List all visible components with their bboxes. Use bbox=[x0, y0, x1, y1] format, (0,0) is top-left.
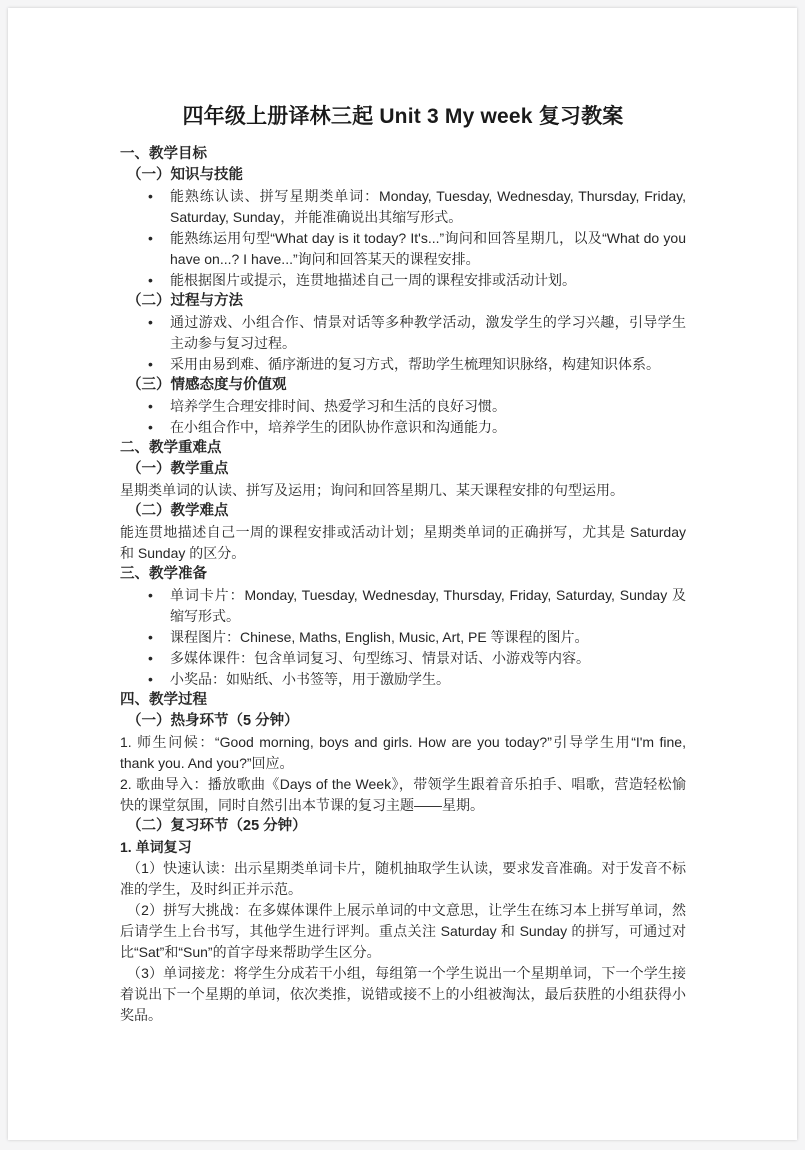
document-title: 四年级上册译林三起 Unit 3 My week 复习教案 bbox=[120, 102, 686, 132]
bullet-text: 能根据图片或提示，连贯地描述自己一周的课程安排或活动计划。 bbox=[170, 270, 686, 291]
bullet-item: •在小组合作中，培养学生的团队协作意识和沟通能力。 bbox=[120, 417, 686, 438]
document-blocks: 一、教学目标（一）知识与技能•能熟练认读、拼写星期类单词：Monday, Tue… bbox=[120, 144, 686, 1026]
bullet-item: •采用由易到难、循序渐进的复习方式，帮助学生梳理知识脉络，构建知识体系。 bbox=[120, 354, 686, 375]
bullet-icon: • bbox=[148, 354, 170, 375]
indented-paragraph: （2）拼写大挑战：在多媒体课件上展示单词的中文意思，让学生在练习本上拼写单词，然… bbox=[120, 900, 686, 963]
paragraph: 1. 师生问候：“Good morning, boys and girls. H… bbox=[120, 732, 686, 774]
bullet-item: •能根据图片或提示，连贯地描述自己一周的课程安排或活动计划。 bbox=[120, 270, 686, 291]
bold-paragraph: 1. 单词复习 bbox=[120, 837, 686, 858]
bullet-text: 在小组合作中，培养学生的团队协作意识和沟通能力。 bbox=[170, 417, 686, 438]
bullet-text: 小奖品：如贴纸、小书签等，用于激励学生。 bbox=[170, 669, 686, 690]
bullet-icon: • bbox=[148, 228, 170, 270]
bullet-icon: • bbox=[148, 669, 170, 690]
bullet-icon: • bbox=[148, 417, 170, 438]
bullet-item: •单词卡片：Monday, Tuesday, Wednesday, Thursd… bbox=[120, 585, 686, 627]
bullet-item: •多媒体课件：包含单词复习、句型练习、情景对话、小游戏等内容。 bbox=[120, 648, 686, 669]
bullet-icon: • bbox=[148, 627, 170, 648]
sub-heading: （一）知识与技能 bbox=[120, 165, 686, 186]
bullet-icon: • bbox=[148, 270, 170, 291]
bullet-text: 能熟练运用句型“What day is it today? It's...”询问… bbox=[170, 228, 686, 270]
bullet-item: •小奖品：如贴纸、小书签等，用于激励学生。 bbox=[120, 669, 686, 690]
bullet-item: •课程图片：Chinese, Maths, English, Music, Ar… bbox=[120, 627, 686, 648]
bullet-item: •通过游戏、小组合作、情景对话等多种教学活动，激发学生的学习兴趣，引导学生主动参… bbox=[120, 312, 686, 354]
document-page: 四年级上册译林三起 Unit 3 My week 复习教案 一、教学目标（一）知… bbox=[8, 8, 797, 1140]
section-heading: 一、教学目标 bbox=[120, 144, 686, 165]
bullet-text: 能熟练认读、拼写星期类单词：Monday, Tuesday, Wednesday… bbox=[170, 186, 686, 228]
bullet-item: •能熟练运用句型“What day is it today? It's...”询… bbox=[120, 228, 686, 270]
paragraph: 星期类单词的认读、拼写及运用；询问和回答星期几、某天课程安排的句型运用。 bbox=[120, 480, 686, 501]
bullet-icon: • bbox=[148, 648, 170, 669]
paragraph: 2. 歌曲导入：播放歌曲《Days of the Week》，带领学生跟着音乐拍… bbox=[120, 774, 686, 816]
section-heading: 四、教学过程 bbox=[120, 690, 686, 711]
bullet-icon: • bbox=[148, 396, 170, 417]
document-content: 四年级上册译林三起 Unit 3 My week 复习教案 一、教学目标（一）知… bbox=[120, 8, 686, 1026]
bullet-item: •能熟练认读、拼写星期类单词：Monday, Tuesday, Wednesda… bbox=[120, 186, 686, 228]
sub-heading: （一）热身环节（5 分钟） bbox=[120, 711, 686, 732]
indented-paragraph: （1）快速认读：出示星期类单词卡片，随机抽取学生认读，要求发音准确。对于发音不标… bbox=[120, 858, 686, 900]
bullet-text: 课程图片：Chinese, Maths, English, Music, Art… bbox=[170, 627, 686, 648]
bullet-text: 通过游戏、小组合作、情景对话等多种教学活动，激发学生的学习兴趣，引导学生主动参与… bbox=[170, 312, 686, 354]
bullet-icon: • bbox=[148, 585, 170, 627]
sub-heading: （一）教学重点 bbox=[120, 459, 686, 480]
indented-paragraph: （3）单词接龙：将学生分成若干小组，每组第一个学生说出一个星期单词，下一个学生接… bbox=[120, 963, 686, 1026]
bullet-item: •培养学生合理安排时间、热爱学习和生活的良好习惯。 bbox=[120, 396, 686, 417]
section-heading: 三、教学准备 bbox=[120, 564, 686, 585]
bullet-text: 培养学生合理安排时间、热爱学习和生活的良好习惯。 bbox=[170, 396, 686, 417]
bullet-text: 采用由易到难、循序渐进的复习方式，帮助学生梳理知识脉络，构建知识体系。 bbox=[170, 354, 686, 375]
sub-heading: （三）情感态度与价值观 bbox=[120, 375, 686, 396]
bullet-text: 单词卡片：Monday, Tuesday, Wednesday, Thursda… bbox=[170, 585, 686, 627]
paragraph: 能连贯地描述自己一周的课程安排或活动计划；星期类单词的正确拼写，尤其是 Satu… bbox=[120, 522, 686, 564]
bullet-icon: • bbox=[148, 186, 170, 228]
sub-heading: （二）过程与方法 bbox=[120, 291, 686, 312]
section-heading: 二、教学重难点 bbox=[120, 438, 686, 459]
sub-heading: （二）复习环节（25 分钟） bbox=[120, 816, 686, 837]
sub-heading: （二）教学难点 bbox=[120, 501, 686, 522]
bullet-icon: • bbox=[148, 312, 170, 354]
bullet-text: 多媒体课件：包含单词复习、句型练习、情景对话、小游戏等内容。 bbox=[170, 648, 686, 669]
